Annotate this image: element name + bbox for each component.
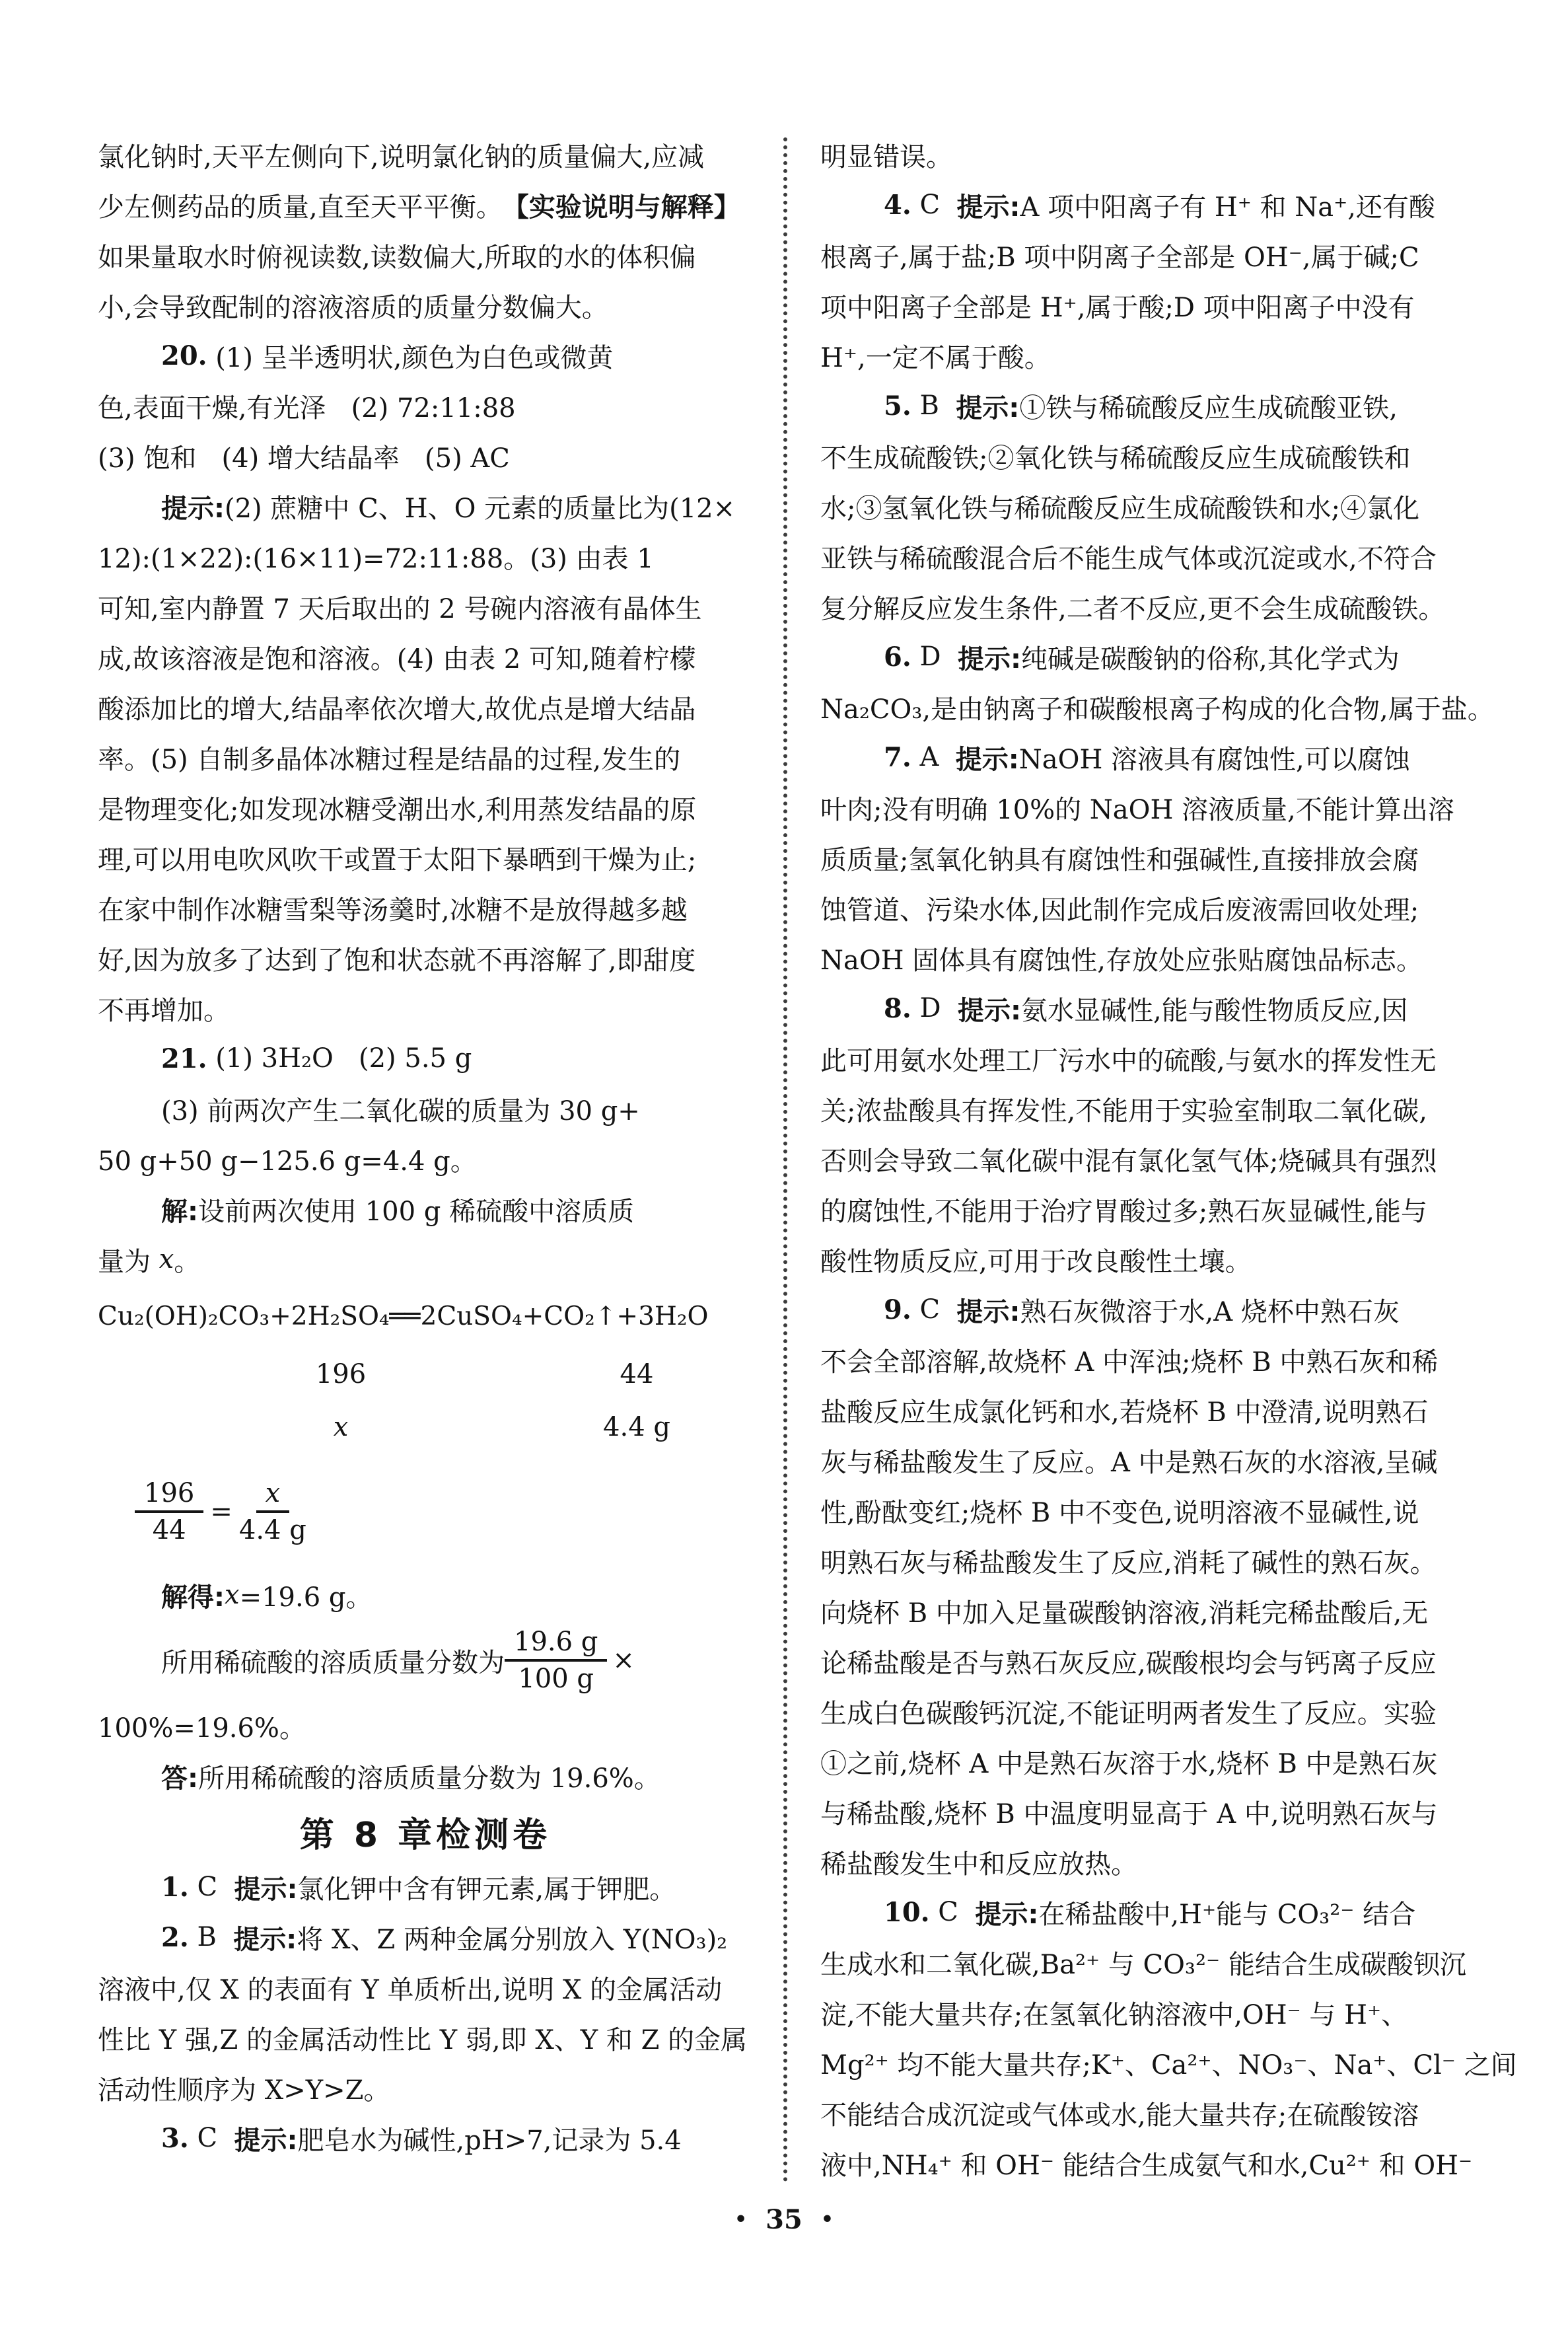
text-segment: 4. (884, 190, 911, 221)
text-line: 稀盐酸发生中和反应放热。 (820, 1837, 1476, 1887)
text-line: 理,可以用电吹风吹干或置于太阳下暴晒到干燥为止; (98, 832, 753, 883)
column-divider-dotted-line (783, 137, 787, 2183)
text-segment: 溶液中,仅 X 的表面有 Y 单质析出,说明 X 的金属活动 (98, 1969, 722, 2007)
text-line: 21. (1) 3H₂O (2) 5.5 g (98, 1033, 753, 1084)
hint-label: 提示: (233, 1919, 297, 1956)
page-number: 35 (766, 2204, 802, 2235)
text-segment: 所用稀硫酸的溶质质量分数为 19.6%。 (198, 1757, 660, 1795)
text-segment: 在家中制作冰糖雪梨等汤羹时,冰糖不是放得越多越 (98, 889, 688, 927)
text-segment: Na₂CO₃,是由钠离子和碳酸根离子构成的化合物,属于盐。 (820, 688, 1494, 726)
text-line: NaOH 固体具有腐蚀性,存放处应张贴腐蚀品标志。 (820, 933, 1476, 983)
text-line: 性比 Y 强,Z 的金属活动性比 Y 弱,即 X、Y 和 Z 的金属 (98, 2012, 753, 2063)
text-line: 4. C 提示:A 项中阳离子有 H⁺ 和 Na⁺,还有酸 (820, 180, 1476, 230)
molar-mass-value: 196 (316, 1359, 366, 1389)
text-line: (3) 前两次产生二氧化碳的质量为 30 g+ (98, 1084, 753, 1134)
hint-label: 提示: (957, 186, 1020, 224)
text-line: 不能结合成沉淀或气体或水,能大量共存;在硫酸铵溶 (820, 2088, 1476, 2138)
text-segment: 淀,不能大量共存;在氢氧化钠溶液中,OH⁻ 与 H⁺、 (820, 1994, 1408, 2032)
text-line: 质质量;氢氧化钠具有腐蚀性和强碱性,直接排放会腐 (820, 832, 1476, 883)
text-segment: 论稀盐酸是否与熟石灰反应,碳酸根均会与钙离子反应 (820, 1642, 1437, 1680)
text-segment: 9. (884, 1294, 911, 1325)
text-segment: 氯化钾中含有钾元素,属于钾肥。 (298, 1868, 676, 1906)
hint-label: 提示: (957, 1291, 1020, 1329)
text-line: 好,因为放多了达到了饱和状态就不再溶解了,即甜度 (98, 933, 753, 983)
text-segment: H⁺,一定不属于酸。 (820, 337, 1051, 375)
text-line: 酸性物质反应,可用于改良酸性土壤。 (820, 1234, 1476, 1284)
text-segment: 将 X、Z 两种金属分别放入 Y(NO₃)₂ (297, 1919, 727, 1956)
text-segment: 50 g+50 g−125.6 g=4.4 g。 (98, 1140, 477, 1178)
text-segment: C (911, 1294, 957, 1325)
text-line: 明熟石灰与稀盐酸发生了反应,消耗了碱性的熟石灰。 (820, 1535, 1476, 1586)
textbook-answer-page: 氯化钠时,天平左侧向下,说明氯化钠的质量偏大,应减少左侧药品的质量,直至天平平衡… (0, 0, 1568, 2325)
equals-sign: = (203, 1496, 239, 1527)
text-segment: 稀盐酸发生中和反应放热。 (820, 1843, 1137, 1881)
stoichiometry-value-row: 19644 (98, 1348, 753, 1401)
molar-mass-value: x (334, 1412, 349, 1442)
hint-label: 提示: (958, 638, 1021, 676)
stoichiometry-value-row: x4.4 g (98, 1401, 753, 1454)
text-line: 淀,不能大量共存;在氢氧化钠溶液中,OH⁻ 与 H⁺、 (820, 1987, 1476, 2038)
hint-label: 解得: (161, 1576, 225, 1614)
fraction-numerator: 196 (135, 1478, 203, 1513)
text-segment: C (189, 1872, 234, 1902)
text-segment: 量为 (98, 1241, 159, 1278)
text-segment: D (911, 993, 958, 1023)
text-line: 蚀管道、污染水体,因此制作完成后废液需回收处理; (820, 883, 1476, 933)
text-segment: 不再增加。 (98, 990, 230, 1027)
text-line: 水;③氢氧化铁与稀硫酸反应生成硫酸铁和水;④氯化 (820, 481, 1476, 531)
text-segment: 理,可以用电吹风吹干或置于太阳下暴晒到干燥为止; (98, 839, 696, 877)
text-segment: 好,因为放多了达到了饱和状态就不再溶解了,即甜度 (98, 940, 695, 977)
text-line: Mg²⁺ 均不能大量共存;K⁺、Ca²⁺、NO₃⁻、Na⁺、Cl⁻ 之间 (820, 2038, 1476, 2088)
text-segment: 可知,室内静置 7 天后取出的 2 号碗内溶液有晶体生 (98, 588, 701, 626)
text-segment: 21. (161, 1043, 207, 1074)
text-segment: 与稀盐酸,烧杯 B 中温度明显高于 A 中,说明熟石灰与 (820, 1793, 1438, 1831)
text-line: 生成白色碳酸钙沉淀,不能证明两者发生了反应。实验 (820, 1686, 1476, 1736)
text-segment: 率。(5) 自制多晶体冰糖过程是结晶的过程,发生的 (98, 739, 680, 776)
text-line: 如果量取水时俯视读数,读数偏大,所取的水的体积偏 (98, 230, 753, 280)
text-line: 12):(1×22):(16×11)=72:11:88。(3) 由表 1 (98, 531, 753, 581)
text-segment: 生成水和二氧化碳,Ba²⁺ 与 CO₃²⁻ 能结合生成碳酸钡沉 (820, 1944, 1466, 1981)
text-line: 答:所用稀硫酸的溶质质量分数为 19.6%。 (98, 1751, 753, 1801)
chemical-equation: Cu₂(OH)₂CO₃+2H₂SO₄══2CuSO₄+CO₂↑+3H₂O (98, 1284, 753, 1348)
text-segment: 12):(1×22):(16×11)=72:11:88。(3) 由表 1 (98, 538, 654, 575)
text-segment: 8. (884, 993, 911, 1024)
right-text-column: 明显错误。4. C 提示:A 项中阳离子有 H⁺ 和 Na⁺,还有酸根离子,属于… (820, 129, 1476, 2188)
text-segment: ①铁与稀硫酸反应生成硫酸亚铁, (1019, 387, 1398, 425)
text-segment: 肥皂水为碱性,pH>7,记录为 5.4 (298, 2120, 682, 2157)
hint-label: 提示: (234, 1868, 298, 1906)
text-segment: 生成白色碳酸钙沉淀,不能证明两者发生了反应。实验 (820, 1693, 1437, 1730)
text-segment: 不生成硫酸铁;②氧化铁与稀硫酸反应生成硫酸铁和 (820, 437, 1410, 475)
text-segment: B (189, 1922, 234, 1952)
text-line: 7. A 提示:NaOH 溶液具有腐蚀性,可以腐蚀 (820, 732, 1476, 782)
text-line: 溶液中,仅 X 的表面有 Y 单质析出,说明 X 的金属活动 (98, 1962, 753, 2012)
text-line: 此可用氨水处理工厂污水中的硫酸,与氨水的挥发性无 (820, 1033, 1476, 1084)
text-segment: 是物理变化;如发现冰糖受潮出水,利用蒸发结晶的原 (98, 789, 696, 827)
text-line: 6. D 提示:纯碱是碳酸钠的俗称,其化学式为 (820, 632, 1476, 682)
text-segment: 2. (161, 1922, 189, 1953)
fraction-denominator: 44 (153, 1513, 186, 1545)
fraction-numerator: x (256, 1478, 290, 1513)
text-line: 性,酚酞变红;烧杯 B 中不变色,说明溶液不显碱性,说 (820, 1485, 1476, 1535)
molar-mass-value: 4.4 g (603, 1412, 670, 1442)
text-segment: 液中,NH₄⁺ 和 OH⁻ 能结合生成氨气和水,Cu²⁺ 和 OH⁻ (820, 2145, 1472, 2182)
hint-label: 提示: (956, 739, 1019, 776)
text-segment: 氯化钠时,天平左侧向下,说明氯化钠的质量偏大,应减 (98, 136, 704, 174)
hint-label: 答: (161, 1757, 198, 1795)
text-segment: 灰与稀盐酸发生了反应。A 中是熟石灰的水溶液,呈碱 (820, 1442, 1437, 1479)
text-segment: 10. (884, 1897, 930, 1928)
left-text-column: 氯化钠时,天平左侧向下,说明氯化钠的质量偏大,应减少左侧药品的质量,直至天平平衡… (98, 129, 753, 2163)
text-segment: 少左侧药品的质量,直至天平平衡。 (98, 186, 503, 224)
text-segment: 亚铁与稀硫酸混合后不能生成气体或沉淀或水,不符合 (820, 538, 1437, 575)
text-segment: (1) 呈半透明状,颜色为白色或微黄 (207, 337, 614, 375)
text-segment: Mg²⁺ 均不能大量共存;K⁺、Ca²⁺、NO₃⁻、Na⁺、Cl⁻ 之间 (820, 2044, 1517, 2082)
text-line: H⁺,一定不属于酸。 (820, 330, 1476, 381)
text-segment: 活动性顺序为 X>Y>Z。 (98, 2069, 390, 2107)
text-segment: ①之前,烧杯 A 中是熟石灰溶于水,烧杯 B 中是熟石灰 (820, 1743, 1438, 1781)
text-segment: 叶肉;没有明确 10%的 NaOH 溶液质量,不能计算出溶 (820, 789, 1454, 827)
fraction-denominator: 100 g (518, 1662, 594, 1694)
text-segment: 水;③氢氧化铁与稀硫酸反应生成硫酸铁和水;④氯化 (820, 488, 1419, 525)
section-heading: 第 8 章检测卷 (98, 1801, 753, 1862)
text-line: ①之前,烧杯 A 中是熟石灰溶于水,烧杯 B 中是熟石灰 (820, 1736, 1476, 1787)
text-line: 液中,NH₄⁺ 和 OH⁻ 能结合生成氨气和水,Cu²⁺ 和 OH⁻ (820, 2138, 1476, 2188)
text-segment: 明熟石灰与稀盐酸发生了反应,消耗了碱性的熟石灰。 (820, 1542, 1437, 1580)
fraction: x4.4 g (239, 1478, 306, 1545)
text-segment: 成,故该溶液是饱和溶液。(4) 由表 2 可知,随着柠檬 (98, 638, 696, 676)
text-segment: (1) 3H₂O (2) 5.5 g (207, 1043, 472, 1074)
text-line: 解:设前两次使用 100 g 稀硫酸中溶质质 (98, 1184, 753, 1234)
text-segment: x (225, 1580, 240, 1610)
text-line: 解得:x=19.6 g。 (98, 1570, 753, 1620)
text-segment: 酸性物质反应,可用于改良酸性土壤。 (820, 1241, 1252, 1278)
text-segment: 性比 Y 强,Z 的金属活动性比 Y 弱,即 X、Y 和 Z 的金属 (98, 2019, 747, 2057)
text-segment: 小,会导致配制的溶液溶质的质量分数偏大。 (98, 287, 608, 324)
text-line: 100%=19.6%。 (98, 1701, 753, 1751)
text-line: 50 g+50 g−125.6 g=4.4 g。 (98, 1134, 753, 1184)
text-line: 提示:(2) 蔗糖中 C、H、O 元素的质量比为(12× (98, 481, 753, 531)
text-line: 灰与稀盐酸发生了反应。A 中是熟石灰的水溶液,呈碱 (820, 1435, 1476, 1485)
text-segment: 7. (884, 742, 911, 773)
text-line: 3. C 提示:肥皂水为碱性,pH>7,记录为 5.4 (98, 2113, 753, 2163)
proportion-equation: 19644=x4.4 g (98, 1454, 753, 1570)
text-segment: (3) 前两次产生二氧化碳的质量为 30 g+ (161, 1090, 640, 1128)
text-line: 率。(5) 自制多晶体冰糖过程是结晶的过程,发生的 (98, 732, 753, 782)
text-segment: 明显错误。 (820, 136, 952, 174)
text-line: 不会全部溶解,故烧杯 A 中浑浊;烧杯 B 中熟石灰和稀 (820, 1335, 1476, 1385)
text-line: 生成水和二氧化碳,Ba²⁺ 与 CO₃²⁻ 能结合生成碳酸钡沉 (820, 1937, 1476, 1987)
text-line: 9. C 提示:熟石灰微溶于水,A 烧杯中熟石灰 (820, 1284, 1476, 1335)
text-segment: NaOH 固体具有腐蚀性,存放处应张贴腐蚀品标志。 (820, 940, 1423, 977)
text-line: 论稀盐酸是否与熟石灰反应,碳酸根均会与钙离子反应 (820, 1636, 1476, 1686)
text-line: 20. (1) 呈半透明状,颜色为白色或微黄 (98, 330, 753, 381)
text-segment: x (159, 1244, 174, 1274)
hint-label: 【实验说明与解释】 (503, 186, 740, 224)
text-line: 与稀盐酸,烧杯 B 中温度明显高于 A 中,说明熟石灰与 (820, 1787, 1476, 1837)
text-segment: 3. (161, 2123, 189, 2154)
footer-left-dot: • (734, 2208, 747, 2231)
text-segment: C (911, 190, 957, 220)
text-line: 明显错误。 (820, 129, 1476, 180)
text-segment: 质质量;氢氧化钠具有腐蚀性和强碱性,直接排放会腐 (820, 839, 1419, 877)
text-segment: A 项中阳离子有 H⁺ 和 Na⁺,还有酸 (1020, 186, 1435, 224)
text-line: 酸添加比的增大,结晶率依次增大,故优点是增大结晶 (98, 682, 753, 732)
text-segment: 不会全部溶解,故烧杯 A 中浑浊;烧杯 B 中熟石灰和稀 (820, 1341, 1438, 1379)
text-line: 10. C 提示:在稀盐酸中,H⁺能与 CO₃²⁻ 结合 (820, 1887, 1476, 1937)
text-line: 氯化钠时,天平左侧向下,说明氯化钠的质量偏大,应减 (98, 129, 753, 180)
text-segment: B (911, 390, 956, 421)
text-segment: 5. (884, 390, 911, 422)
text-segment: 的腐蚀性,不能用于治疗胃酸过多;熟石灰显碱性,能与 (820, 1191, 1427, 1228)
text-segment: 氨水显碱性,能与酸性物质反应,因 (1021, 990, 1408, 1027)
text-line: 2. B 提示:将 X、Z 两种金属分别放入 Y(NO₃)₂ (98, 1912, 753, 1962)
text-segment: 设前两次使用 100 g 稀硫酸中溶质质 (198, 1191, 634, 1228)
text-line: 关;浓盐酸具有挥发性,不能用于实验室制取二氧化碳, (820, 1084, 1476, 1134)
text-line: 盐酸反应生成氯化钙和水,若烧杯 B 中澄清,说明熟石 (820, 1385, 1476, 1435)
multiplication-sign: × (607, 1645, 635, 1676)
text-segment: 项中阳离子全部是 H⁺,属于酸;D 项中阳离子中没有 (820, 287, 1415, 324)
text-segment: 如果量取水时俯视读数,读数偏大,所取的水的体积偏 (98, 237, 695, 274)
text-segment: 否则会导致二氧化碳中混有氯化氢气体;烧碱具有强烈 (820, 1140, 1437, 1178)
text-segment: 不能结合成沉淀或气体或水,能大量共存;在硫酸铵溶 (820, 2094, 1419, 2132)
text-line: 否则会导致二氧化碳中混有氯化氢气体;烧碱具有强烈 (820, 1134, 1476, 1184)
text-line: Na₂CO₃,是由钠离子和碳酸根离子构成的化合物,属于盐。 (820, 682, 1476, 732)
text-segment: 此可用氨水处理工厂污水中的硫酸,与氨水的挥发性无 (820, 1040, 1437, 1078)
sentence-with-fraction: 所用稀硫酸的溶质质量分数为19.6 g100 g× (98, 1620, 753, 1701)
text-segment: 所用稀硫酸的溶质质量分数为 (161, 1642, 505, 1679)
text-line: 叶肉;没有明确 10%的 NaOH 溶液质量,不能计算出溶 (820, 782, 1476, 832)
text-line: 量为 x。 (98, 1234, 753, 1284)
text-line: 是物理变化;如发现冰糖受潮出水,利用蒸发结晶的原 (98, 782, 753, 832)
molar-mass-value: 44 (620, 1359, 654, 1389)
footer-right-dot: • (821, 2208, 834, 2231)
text-line: 可知,室内静置 7 天后取出的 2 号碗内溶液有晶体生 (98, 581, 753, 632)
text-segment: 性,酚酞变红;烧杯 B 中不变色,说明溶液不显碱性,说 (820, 1492, 1419, 1530)
text-line: 亚铁与稀硫酸混合后不能生成气体或沉淀或水,不符合 (820, 531, 1476, 581)
hint-label: 提示: (161, 488, 225, 525)
text-line: 少左侧药品的质量,直至天平平衡。【实验说明与解释】 (98, 180, 753, 230)
text-line: 色,表面干燥,有光泽 (2) 72:11:88 (98, 381, 753, 431)
text-segment: 纯碱是碳酸钠的俗称,其化学式为 (1021, 638, 1400, 676)
text-line: 向烧杯 B 中加入足量碳酸钠溶液,消耗完稀盐酸后,无 (820, 1586, 1476, 1636)
hint-label: 提示: (956, 387, 1019, 425)
text-segment: 20. (161, 340, 207, 371)
hint-label: 提示: (958, 990, 1021, 1027)
page-footer: • 35 • (668, 2204, 900, 2235)
text-line: 不再增加。 (98, 983, 753, 1033)
fraction: 19.6 g100 g (505, 1627, 607, 1694)
text-segment: (2) 蔗糖中 C、H、O 元素的质量比为(12× (225, 488, 735, 525)
text-segment: NaOH 溶液具有腐蚀性,可以腐蚀 (1019, 739, 1410, 776)
text-line: 项中阳离子全部是 H⁺,属于酸;D 项中阳离子中没有 (820, 280, 1476, 330)
text-line: 5. B 提示:①铁与稀硫酸反应生成硫酸亚铁, (820, 381, 1476, 431)
text-segment: 100%=19.6%。 (98, 1707, 306, 1745)
text-segment: 1. (161, 1872, 189, 1903)
text-segment: 在稀盐酸中,H⁺能与 CO₃²⁻ 结合 (1038, 1894, 1415, 1931)
text-line: 成,故该溶液是饱和溶液。(4) 由表 2 可知,随着柠檬 (98, 632, 753, 682)
hint-label: 解: (161, 1191, 198, 1228)
text-line: 活动性顺序为 X>Y>Z。 (98, 2063, 753, 2113)
text-segment: 根离子,属于盐;B 项中阴离子全部是 OH⁻,属于碱;C (820, 237, 1419, 274)
text-segment: C (189, 2123, 234, 2153)
text-segment: 向烧杯 B 中加入足量碳酸钠溶液,消耗完稀盐酸后,无 (820, 1592, 1428, 1630)
text-segment: 蚀管道、污染水体,因此制作完成后废液需回收处理; (820, 889, 1419, 927)
text-line: 小,会导致配制的溶液溶质的质量分数偏大。 (98, 280, 753, 330)
text-line: 在家中制作冰糖雪梨等汤羹时,冰糖不是放得越多越 (98, 883, 753, 933)
text-line: 的腐蚀性,不能用于治疗胃酸过多;熟石灰显碱性,能与 (820, 1184, 1476, 1234)
text-line: 不生成硫酸铁;②氧化铁与稀硫酸反应生成硫酸铁和 (820, 431, 1476, 481)
hint-label: 提示: (234, 2120, 298, 2157)
text-segment: 熟石灰微溶于水,A 烧杯中熟石灰 (1020, 1291, 1400, 1329)
text-line: (3) 饱和 (4) 增大结晶率 (5) AC (98, 431, 753, 481)
fraction-denominator: 4.4 g (239, 1513, 306, 1545)
hint-label: 提示: (975, 1894, 1038, 1931)
text-segment: 盐酸反应生成氯化钙和水,若烧杯 B 中澄清,说明熟石 (820, 1391, 1428, 1429)
text-segment: (3) 饱和 (4) 增大结晶率 (5) AC (98, 437, 510, 475)
text-line: 复分解反应发生条件,二者不反应,更不会生成硫酸铁。 (820, 581, 1476, 632)
text-line: 根离子,属于盐;B 项中阴离子全部是 OH⁻,属于碱;C (820, 230, 1476, 280)
text-segment: 酸添加比的增大,结晶率依次增大,故优点是增大结晶 (98, 688, 695, 726)
text-segment: C (930, 1897, 976, 1927)
text-segment: =19.6 g。 (240, 1576, 373, 1614)
fraction: 19644 (135, 1478, 203, 1545)
text-segment: 色,表面干燥,有光泽 (2) 72:11:88 (98, 387, 516, 425)
fraction-numerator: 19.6 g (505, 1627, 607, 1662)
text-line: 1. C 提示:氯化钾中含有钾元素,属于钾肥。 (98, 1862, 753, 1912)
text-segment: 复分解反应发生条件,二者不反应,更不会生成硫酸铁。 (820, 588, 1444, 626)
text-segment: 6. (884, 642, 911, 673)
text-line: 8. D 提示:氨水显碱性,能与酸性物质反应,因 (820, 983, 1476, 1033)
text-segment: 。 (174, 1241, 200, 1278)
text-segment: A (911, 742, 956, 772)
text-segment: D (911, 642, 958, 672)
text-segment: 关;浓盐酸具有挥发性,不能用于实验室制取二氧化碳, (820, 1090, 1427, 1128)
